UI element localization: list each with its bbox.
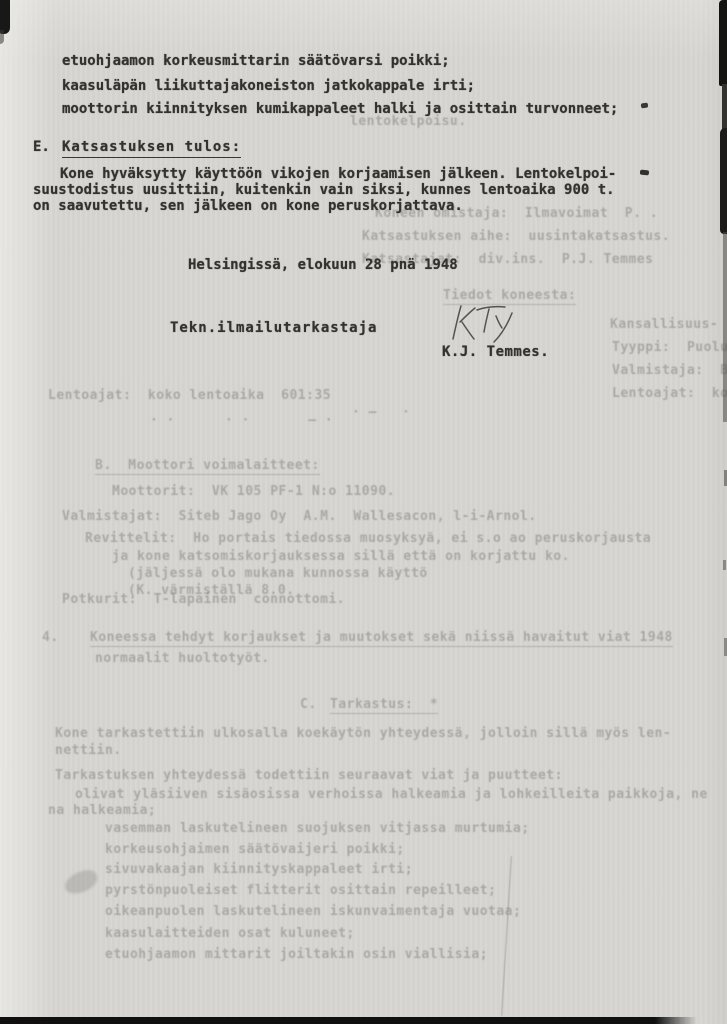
- bleedthrough-line: Lentoajat: koko lentoaika 601:35: [612, 386, 727, 401]
- section-heading: Katsastuksen tulos:: [62, 139, 241, 158]
- inspector-title: Tekn.ilmailutarkastaja: [170, 320, 377, 336]
- defect-line: moottorin kiinnityksen kumikappaleet hal…: [62, 101, 618, 117]
- bleedthrough-line: · – ·: [352, 405, 410, 420]
- bleedthrough-line: B. Moottori voimalaitteet:: [95, 458, 320, 475]
- bleedthrough-line: Lentoajat: koko lentoaika 601:35: [48, 388, 331, 403]
- bleedthrough-line: · · · · — ·: [150, 413, 333, 428]
- bleedthrough-line: Tarkastus: *: [330, 697, 438, 714]
- bleedthrough-line: korkeusohjaimen säätövaijeri poikki;: [105, 842, 405, 857]
- bleedthrough-line: Valmistaja: Bücker Flugzeugbau: [612, 363, 727, 378]
- scan-artifact-top-left: [0, 0, 10, 34]
- bleedthrough-line: C.: [300, 697, 317, 712]
- scanned-document-page: lentokelpoisu. Koneen omistaja: Ilmavoim…: [0, 0, 727, 1024]
- bleedthrough-line: Moottorit: VK 105 PF-1 N:o 11090.: [112, 484, 395, 499]
- paper-crease: [501, 856, 512, 1016]
- scan-artifact-right-strip: [723, 232, 727, 422]
- scan-artifact-right-strip: [719, 0, 727, 86]
- scan-artifact-right-strip: [720, 128, 727, 234]
- result-paragraph-line: Kone hyväksytty käyttöön vikojen korjaam…: [60, 166, 616, 182]
- scan-artifact-ink-speck: [640, 170, 649, 176]
- bleedthrough-line: 4.: [42, 630, 59, 645]
- bleedthrough-line: vasemman laskutelineen suojuksen vitjass…: [105, 821, 530, 836]
- bleedthrough-line: Potkurit: T-lapainen connottomi.: [62, 592, 345, 607]
- bleedthrough-line: Tyyppi: Puolustusvoimat - P.: [612, 340, 727, 355]
- bleedthrough-line: kaasulaitteiden osat kuluneet;: [105, 926, 355, 941]
- bleedthrough-line: na halkeamia;: [48, 803, 156, 818]
- bleedthrough-line: olivat yläsiiven sisäosissa verhoissa ha…: [75, 787, 708, 802]
- result-paragraph-line: on saavutettu, sen jälkeen on kone perus…: [33, 198, 463, 214]
- bleedthrough-line: oikeanpuolen laskutelineen iskunvaimenta…: [105, 904, 521, 919]
- bleedthrough-line: Valmistajat: Siteb Jago Oy A.M. Wallesac…: [62, 509, 537, 524]
- handwritten-initials: [446, 301, 518, 345]
- scan-artifact-bottom-band: [0, 1017, 697, 1024]
- inspector-name: K.J. Temmes.: [442, 344, 549, 360]
- scan-artifact-top-left-tail: [0, 30, 4, 44]
- bleedthrough-line: ja kone katsomiskorjauksessa sillä että …: [112, 549, 570, 564]
- bleedthrough-line: Tarkastuksen yhteydessä todettiin seuraa…: [55, 768, 563, 783]
- bleedthrough-line: Kone tarkastettiin ulkosalla koekäytön y…: [55, 726, 671, 741]
- bleedthrough-line: sivuvakaajan kiinnityskappaleet irti;: [105, 862, 413, 877]
- scan-artifact-ink-speck: [641, 103, 649, 109]
- bleedthrough-line: pyrstönpuoleiset flitterit osittain repe…: [105, 883, 496, 898]
- result-paragraph-line: suustodistus uusittiin, kuitenkin vain s…: [33, 182, 615, 198]
- dateline: Helsingissä, elokuun 28 pnä 1948: [188, 257, 458, 273]
- defect-line: etuohjaamon korkeusmittarin säätövarsi p…: [62, 53, 450, 69]
- defect-line: kaasuläpän liikuttajakoneiston jatkokapp…: [62, 78, 475, 94]
- bleedthrough-line: etuohjaamon mittarit joiltakin osin vial…: [105, 947, 488, 962]
- paper-smudge: [62, 867, 101, 897]
- bleedthrough-line: nettiin.: [55, 743, 122, 758]
- scan-artifact-right-strip: [722, 84, 727, 130]
- bleedthrough-line: Revittelit: Ho portais tiedossa muosyksy…: [85, 531, 651, 546]
- bleedthrough-line: normaalit huoltotyöt.: [95, 651, 270, 666]
- bleedthrough-line: Katsastuksen aihe: uusintakatsastus.: [362, 229, 670, 244]
- section-marker: E.: [33, 139, 50, 155]
- bleedthrough-line: Kansallisuus- ja rekisteritunnus:: [610, 317, 727, 332]
- bleedthrough-line: Koneessa tehdyt korjaukset ja muutokset …: [90, 630, 673, 647]
- scan-artifact-right-speck: [723, 560, 726, 570]
- bleedthrough-line: (jäljessä olo mukana kunnossa käyttö: [128, 566, 428, 581]
